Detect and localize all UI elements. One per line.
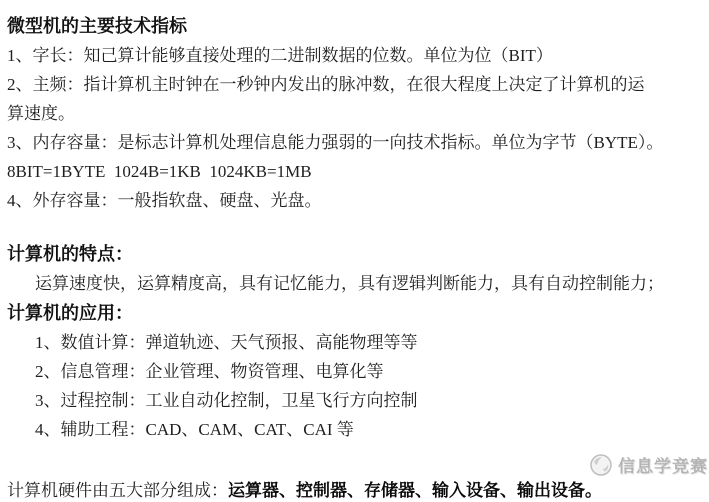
text-line: 8BIT=1BYTE 1024B=1KB 1024KB=1MB (7, 157, 709, 186)
hardware-composition-line: 计算机硬件由五大部分组成：运算器、控制器、存储器、输入设备、输出设备。 (7, 480, 709, 501)
text-line: 2、主频：指计算机主时钟在一秒钟内发出的脉冲数，在很大程度上决定了计算机的运 (7, 70, 709, 99)
text-line-indented: 4、辅助工程：CAD、CAM、CAT、CAI 等 (7, 415, 709, 444)
text-line: 4、外存容量：一般指软盘、硬盘、光盘。 (7, 186, 709, 215)
spacer (7, 444, 709, 480)
section-heading: 计算机的特点： (7, 239, 709, 269)
document-body: 微型机的主要技术指标1、字长：知己算计能够直接处理的二进制数据的位数。单位为位（… (7, 11, 709, 480)
text-line-indented: 1、数值计算：弹道轨迹、天气预报、高能物理等等 (7, 328, 709, 357)
text-line-indented: 3、过程控制：工业自动化控制，卫星飞行方向控制 (7, 386, 709, 415)
section-heading: 微型机的主要技术指标 (7, 11, 709, 41)
document-page: 微型机的主要技术指标1、字长：知己算计能够直接处理的二进制数据的位数。单位为位（… (0, 0, 709, 502)
section-heading: 计算机的应用： (7, 298, 709, 328)
text-line: 1、字长：知己算计能够直接处理的二进制数据的位数。单位为位（BIT） (7, 41, 709, 70)
text-line: 算速度。 (7, 99, 709, 128)
spacer (7, 215, 709, 239)
footer-emphasis-text: 运算器、控制器、存储器、输入设备、输出设备。 (228, 481, 602, 500)
text-line-indented: 运算速度快，运算精度高，具有记忆能力，具有逻辑判断能力，具有自动控制能力； (7, 269, 709, 298)
text-line: 3、内存容量：是标志计算机处理信息能力强弱的一向技术指标。单位为字节（BYTE）… (7, 128, 709, 157)
footer-prefix-text: 计算机硬件由五大部分组成： (7, 481, 228, 500)
text-line-indented: 2、信息管理：企业管理、物资管理、电算化等 (7, 357, 709, 386)
